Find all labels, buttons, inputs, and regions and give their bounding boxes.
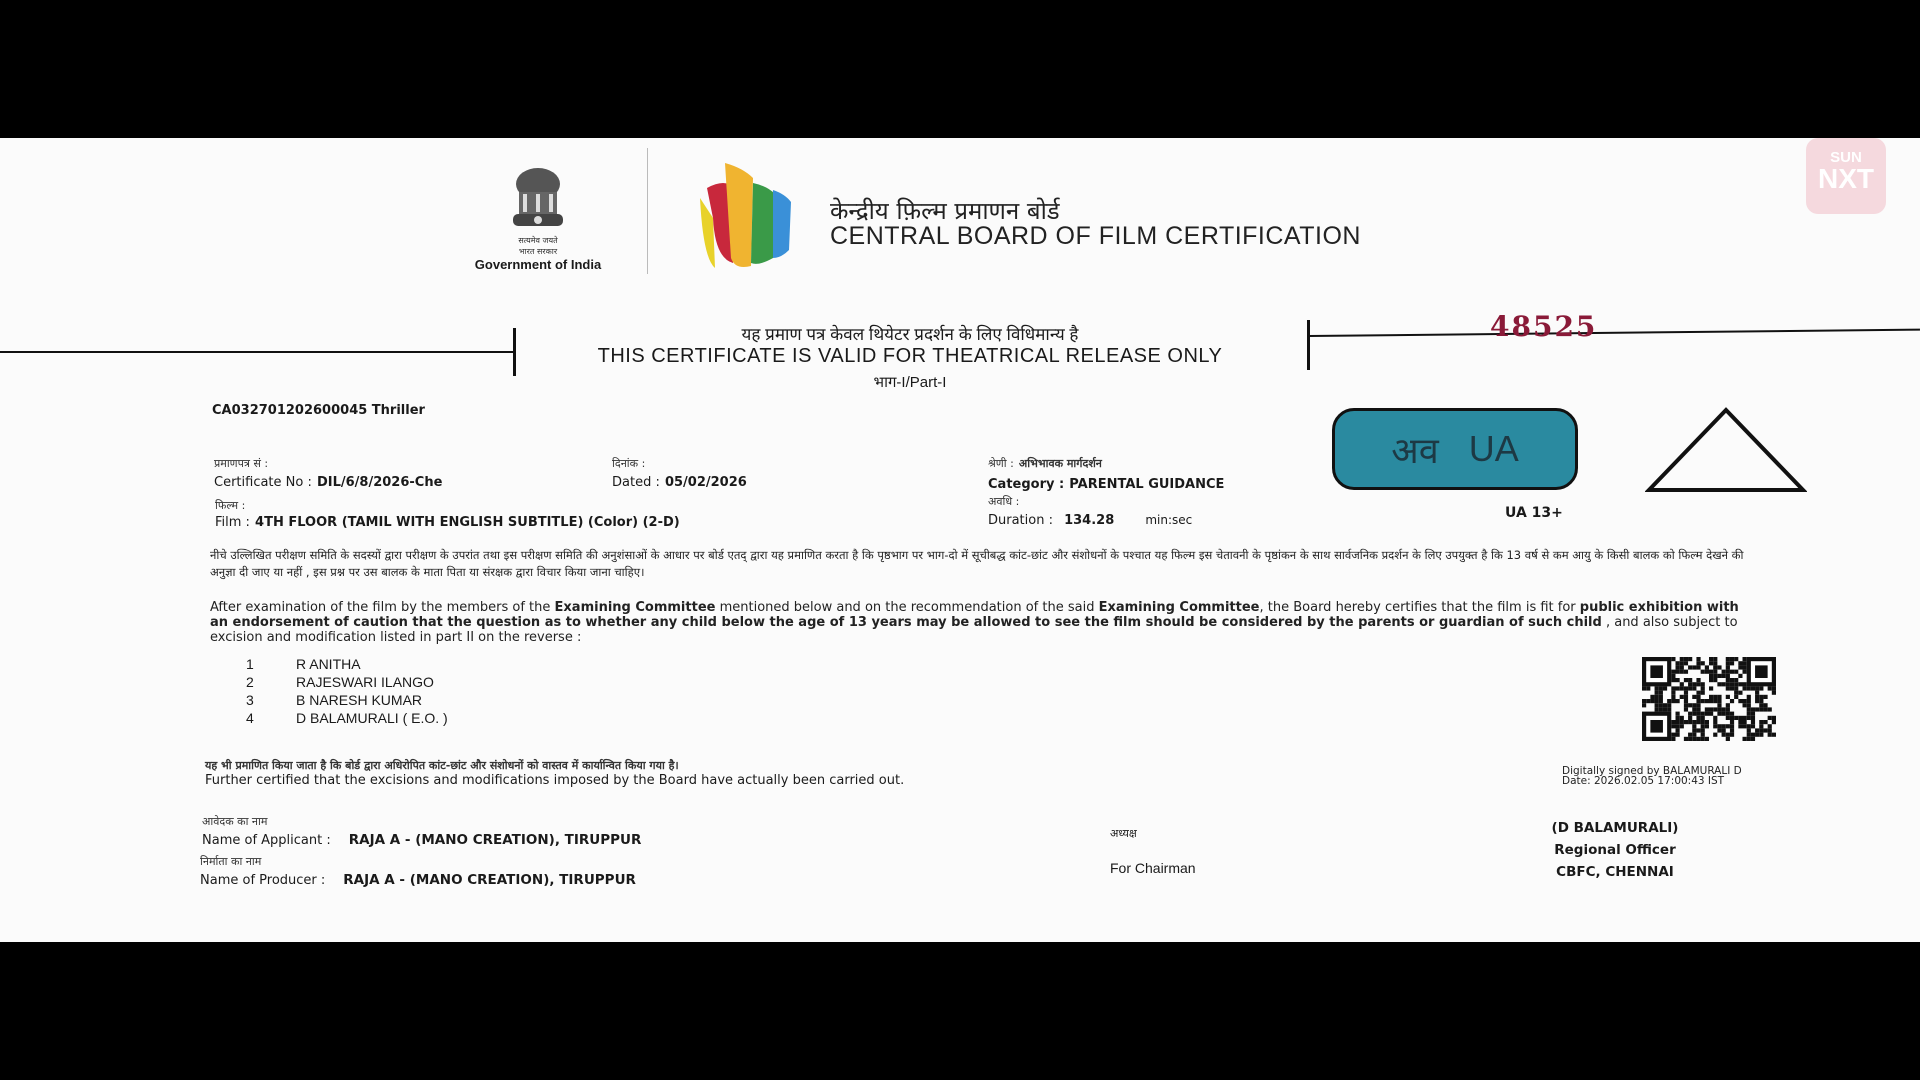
film-title: 4TH FLOOR (TAMIL WITH ENGLISH SUBTITLE) … — [255, 515, 680, 530]
certificate-number-field: प्रमाणपत्र सं : Certificate No : DIL/6/8… — [214, 456, 442, 490]
sun-nxt-watermark-logo: SUN NXT — [1806, 138, 1886, 214]
rule-tick-left — [513, 328, 516, 376]
government-emblem: सत्यमेव जयते भारत सरकार Government of In… — [498, 164, 578, 272]
producer-name: RAJA A - (MANO CREATION), TIRUPPUR — [343, 872, 636, 888]
chairman-label: For Chairman — [1110, 860, 1196, 876]
certificate-number: DIL/6/8/2026-Che — [317, 475, 442, 490]
hindi-certification-paragraph: नीचे उल्लिखित परीक्षण समिति के सदस्यों द… — [210, 547, 1750, 581]
ashoka-emblem-icon — [503, 164, 573, 234]
duration-field: अवधि : Duration : 134.28 min:sec — [988, 494, 1192, 528]
chairman-label-hindi: अध्यक्ष — [1110, 826, 1137, 841]
list-item: 1R ANITHA — [246, 656, 448, 674]
validity-statement: यह प्रमाण पत्र केवल थियेटर प्रदर्शन के ल… — [530, 322, 1290, 392]
digital-signature: Digitally signed by BALAMURALI D Date: 2… — [1562, 766, 1742, 786]
serial-number: 48525 — [1490, 310, 1597, 343]
header-divider — [647, 148, 648, 274]
cbfc-logo-icon — [695, 158, 815, 273]
film-field: फिल्म : Film : 4TH FLOOR (TAMIL WITH ENG… — [215, 498, 680, 530]
rule-tick-right — [1307, 320, 1310, 370]
board-name-english: CENTRAL BOARD OF FILM CERTIFICATION — [830, 222, 1361, 251]
dated-field: दिनांक : Dated : 05/02/2026 — [612, 456, 747, 490]
certificate-document: SUN NXT सत्यमेव जयते भारत सरकार Governme… — [0, 138, 1920, 942]
list-item: 4D BALAMURALI ( E.O. ) — [246, 710, 448, 728]
certificate-date: 05/02/2026 — [665, 475, 747, 490]
rule-left — [0, 351, 514, 353]
rating-badge: अव UA — [1332, 408, 1578, 490]
applicant-field: आवेदक का नाम Name of Applicant :RAJA A -… — [202, 814, 641, 848]
qr-code-icon[interactable] — [1642, 657, 1776, 741]
category-field: श्रेणी : अभिभावक मार्गदर्शन Category : P… — [988, 452, 1224, 492]
reference-number: CA032701202600045 Thriller — [212, 403, 425, 418]
english-certification-paragraph: After examination of the film by the mem… — [210, 600, 1750, 645]
adult-warning-triangle-icon — [1645, 406, 1807, 494]
applicant-name: RAJA A - (MANO CREATION), TIRUPPUR — [349, 832, 642, 848]
signing-officer: (D BALAMURALI) Regional Officer CBFC, CH… — [1520, 817, 1710, 883]
list-item: 3B NARESH KUMAR — [246, 692, 448, 710]
rating-label: UA 13+ — [1505, 505, 1563, 521]
category-value: PARENTAL GUIDANCE — [1069, 477, 1224, 492]
examining-committee-list: 1R ANITHA 2RAJESWARI ILANGO 3B NARESH KU… — [246, 656, 448, 728]
rule-right — [1309, 329, 1920, 337]
duration-value: 134.28 — [1064, 513, 1114, 528]
further-certified-statement: यह भी प्रमाणित किया जाता है कि बोर्ड द्व… — [205, 758, 904, 788]
producer-field: निर्माता का नाम Name of Producer :RAJA A… — [200, 854, 636, 888]
list-item: 2RAJESWARI ILANGO — [246, 674, 448, 692]
